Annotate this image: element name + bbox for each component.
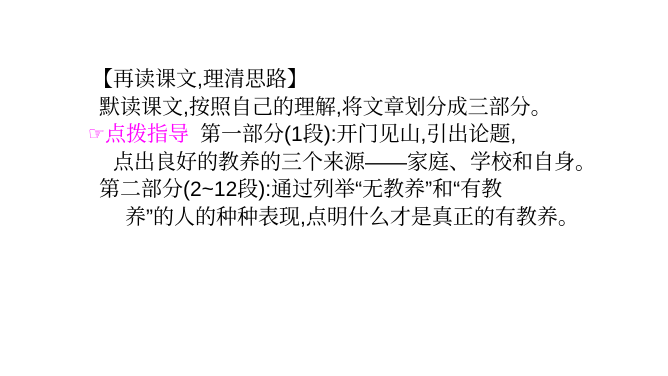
part2-continuation: 养”的人的种种表现,点明什么才是真正的有教养。 (125, 204, 619, 232)
slide-text-block: 【再读课文,理清思路】 默读课文,按照自己的理解,将文章划分成三部分。 ☞点拨指… (99, 66, 619, 231)
part1-continuation: 点出良好的教养的三个来源——家庭、学校和自身。 (113, 149, 619, 177)
part2-text: 第二部分(2~12段):通过列举“无教养”和“有教 (99, 176, 619, 204)
part1-text: 第一部分(1段):开门见山,引出论题, (200, 123, 516, 146)
guide-line: ☞点拨指导第一部分(1段):开门见山,引出论题, (88, 121, 619, 149)
pointing-hand-icon: ☞ (88, 121, 105, 149)
guide-label: 点拨指导 (105, 123, 189, 146)
slide-canvas: 【再读课文,理清思路】 默读课文,按照自己的理解,将文章划分成三部分。 ☞点拨指… (0, 0, 668, 376)
slide-title: 【再读课文,理清思路】 (92, 66, 619, 94)
intro-text: 默读课文,按照自己的理解,将文章划分成三部分。 (99, 94, 619, 122)
